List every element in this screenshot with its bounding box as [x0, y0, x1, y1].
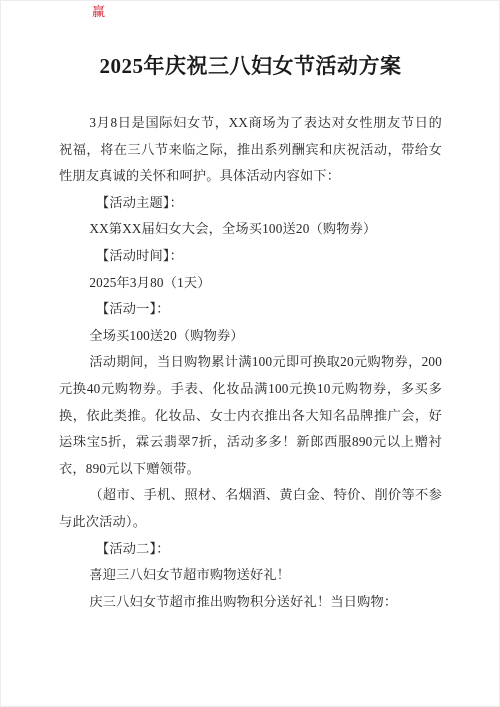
document-paragraph: 3月8日是国际妇女节，XX商场为了表达对女性朋友节日的祝福，将在三八节来临之际，…: [59, 110, 442, 190]
document-paragraph: 活动期间，当日购物累计满100元即可换取20元购物券，200元换40元购物券。手…: [59, 349, 442, 482]
document-paragraph: 全场买100送20（购物券）: [59, 323, 442, 350]
document-paragraph: 【活动主题】：: [59, 190, 442, 217]
document-body: 3月8日是国际妇女节，XX商场为了表达对女性朋友节日的祝福，将在三八节来临之际，…: [59, 110, 442, 615]
document-paragraph: 【活动一】：: [59, 296, 442, 323]
document-paragraph: 喜迎三八妇女节超市购物送好礼！: [59, 562, 442, 589]
document-paragraph: 庆三八妇女节超市推出购物积分送好礼！当日购物：: [59, 589, 442, 616]
document-page: 赢 2025年庆祝三八妇女节活动方案 3月8日是国际妇女节，XX商场为了表达对女…: [0, 0, 500, 707]
document-title: 2025年庆祝三八妇女节活动方案: [59, 53, 442, 80]
document-paragraph: 【活动时间】：: [59, 243, 442, 270]
document-paragraph: 2025年3月80（1天）: [59, 270, 442, 297]
document-paragraph: （超市、手机、照材、名烟酒、黄白金、特价、削价等不参与此次活动）。: [59, 482, 442, 535]
document-paragraph: XX第XX届妇女大会，全场买100送20（购物券）: [59, 216, 442, 243]
document-paragraph: 【活动二】：: [59, 536, 442, 563]
watermark-text: 赢: [92, 4, 105, 19]
